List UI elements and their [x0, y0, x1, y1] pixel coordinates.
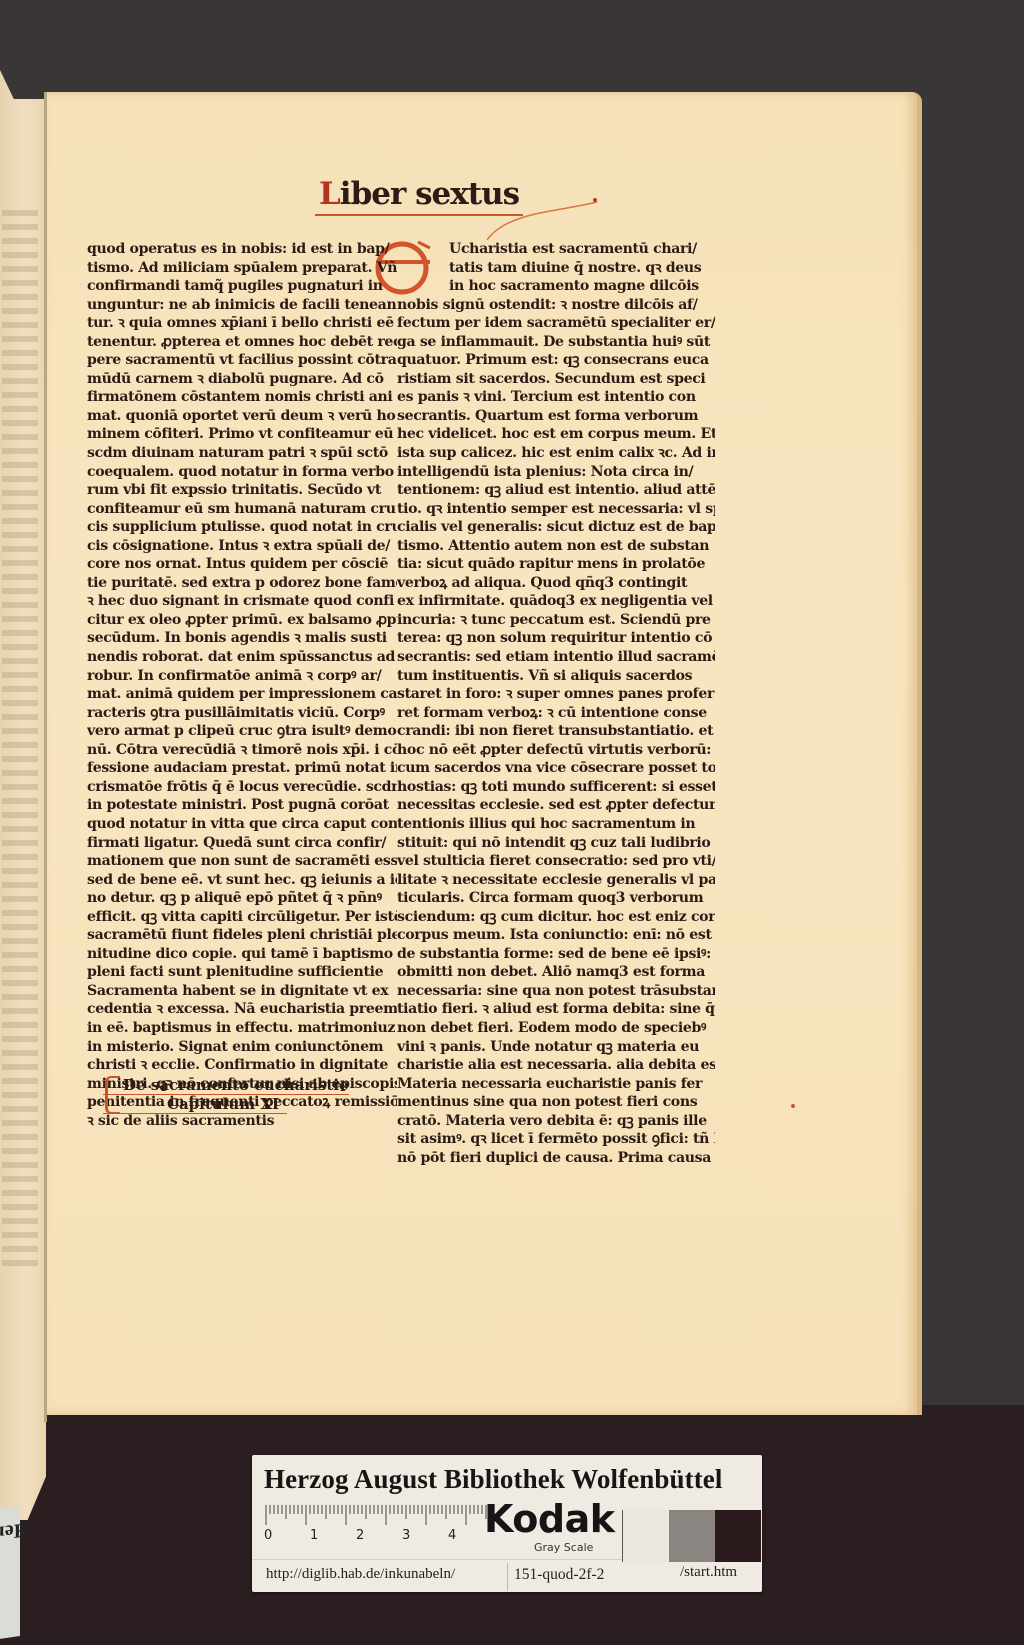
text-line: ꝛ hec duo signant in crismate quod confi [87, 592, 397, 611]
text-line: cedentia ꝛ excessa. Nā eucharistia preem… [87, 1000, 397, 1019]
text-line: ꝛ sic de aliis sacramentis [87, 1112, 397, 1131]
text-line: quatuor. Primum est: qꝫ consecrans euca [397, 351, 715, 370]
gray-swatch [715, 1510, 761, 1562]
shelfmark: 151-quod-2f-2 [514, 1566, 604, 1584]
text-line: Materia necessaria eucharistie panis fer [397, 1075, 715, 1094]
text-line: secrantis. Quartum est forma verborum [397, 407, 715, 426]
text-line: ticularis. Circa formam quoq3 verborum [397, 889, 715, 908]
text-line: mat. quoniā oportet verū deum ꝛ verū ho [87, 407, 397, 426]
text-line: crandi: ibi non fieret transubstantiatio… [397, 722, 715, 741]
text-line: nō pōt fieri duplici de causa. Prima cau… [397, 1149, 715, 1168]
text-line: Sacramenta habent se in dignitate vt ex [87, 982, 397, 1001]
text-line: nendis roborat. dat enim spūssanctus ad [87, 648, 397, 667]
svg-text:1: 1 [310, 1528, 318, 1543]
text-line: terea: qꝫ non solum requiritur intentio … [397, 629, 715, 648]
text-line: fectum per idem sacramētū specialiter er… [397, 314, 715, 333]
text-line: cum sacerdos vna vice cōsecrare posset t… [397, 759, 715, 778]
text-line: intelligendū ista plenius: Nota circa in… [397, 463, 715, 482]
text-line: ex infirmitate. quādoq3 ex negligentia v… [397, 592, 715, 611]
text-line: quod notatur in vitta que circa caput co… [87, 815, 397, 834]
text-line: ista sup calicez. hic est enim calix ꝛc.… [397, 444, 715, 463]
text-line: tenentur. ꝓpterea et omnes hoc debēt rec… [87, 333, 397, 352]
gray-scale-swatches [622, 1510, 761, 1562]
red-flourish-decoration [467, 192, 627, 242]
text-line: necessitas ecclesie. sed est ꝓpter defec… [397, 796, 715, 815]
text-line: nū. Cōtra verecūdiā ꝛ timorē nois xp̄i. … [87, 741, 397, 760]
institution-name: Herzog August Bibliothek Wolfenbüttel [264, 1464, 723, 1495]
text-line: in misterio. Signat enim coniunctōnem [87, 1038, 397, 1057]
text-line: vel stulticia fieret consecratio: sed pr… [397, 852, 715, 871]
text-line: fessione audaciam prestat. primū notat i… [87, 759, 397, 778]
text-line: rum vbi fit expssio trinitatis. Secūdo v… [87, 481, 397, 500]
text-line: non debet fieri. Eodem modo de speciebꝰ [397, 1019, 715, 1038]
gray-swatch [669, 1510, 715, 1562]
text-line: tismo. Ad miliciam spūalem preparat. Vñ [87, 259, 397, 278]
text-line: firmatōnem cōstantem nomis christi ani [87, 388, 397, 407]
chapter-heading: De sacramento eucharistie Capitulum XI [103, 1076, 349, 1114]
text-line: pere sacramentū vt facilius possint cōtr… [87, 351, 397, 370]
text-line: mentinus sine qua non potest fieri cons [397, 1093, 715, 1112]
text-line: vini ꝛ panis. Unde notatur qꝫ materia eu [397, 1038, 715, 1057]
text-line: secūdum. In bonis agendis ꝛ malis susti [87, 629, 397, 648]
text-line: sciendum: qꝫ cum dicitur. hoc est eniz c… [397, 908, 715, 927]
text-line: sit asimꝰ. qꝛ licet ī fermēto possit ꝯfi… [397, 1130, 715, 1149]
text-line: ga se inflammauit. De substantia huiꝰ sū… [397, 333, 715, 352]
text-line: ristiam sit sacerdos. Secundum est speci [397, 370, 715, 389]
text-line: charistie alia est necessaria. alia debi… [397, 1056, 715, 1075]
text-line: robur. In confirmatōe animā ꝛ corpꝰ ar/ [87, 667, 397, 686]
text-line: in eē. baptismus in effectu. matrimoniuz [87, 1019, 397, 1038]
text-line: cratō. Materia vero debita ē: qꝫ panis i… [397, 1112, 715, 1131]
url-suffix: /start.htm [680, 1564, 737, 1581]
text-line: racteris ꝯtra pusillāimitatis viciū. Cor… [87, 704, 397, 723]
text-line: mūdū carnem ꝛ diabolū pugnare. Ad cō [87, 370, 397, 389]
svg-text:0: 0 [264, 1528, 272, 1543]
text-line: confirmandi tamq̃ pugiles pugnaturi in [87, 277, 397, 296]
brand-subtitle: Gray Scale [534, 1541, 593, 1554]
chapter-number: Capitulum XI [103, 1095, 287, 1114]
text-line: citur ex oleo ꝓpter primū. ex balsamo ꝓp… [87, 611, 397, 630]
text-line: minem cōfiteri. Primo vt confiteamur eū [87, 425, 397, 444]
text-line: cis cōsignatione. Intus ꝛ extra spūali d… [87, 537, 397, 556]
text-line: core nos ornat. Intus quidem per cōsciē [87, 555, 397, 574]
text-column-left: quod operatus es in nobis: id est in bap… [87, 240, 397, 1130]
text-line: corpus meum. Ista coniunctio: enī: nō es… [397, 926, 715, 945]
text-line: quod operatus es in nobis: id est in bap… [87, 240, 397, 259]
running-head-initial: L [319, 176, 340, 212]
text-line: Ucharistia est sacramentū chari/ [397, 240, 715, 259]
text-line: pleni facti sunt plenitudine sufficienti… [87, 963, 397, 982]
chapter-title: De sacramento eucharistie [103, 1076, 349, 1095]
text-line: staret in foro: ꝛ super omnes panes prof… [397, 685, 715, 704]
paragraph-mark-icon [105, 1076, 120, 1114]
text-line: no detur. qꝫ p aliquē epō pñtet q̄ ꝛ pñn… [87, 889, 397, 908]
text-line: hec videlicet. hoc est em corpus meum. E… [397, 425, 715, 444]
text-line: mationem que non sunt de sacramēti esse. [87, 852, 397, 871]
text-line: tatis tam diuine q̄ nostre. qꝛ deus [397, 259, 715, 278]
text-column-right: Ucharistia est sacramentū chari/tatis ta… [397, 240, 715, 1167]
text-line: sed de bene eē. vt sunt hec. qꝫ ieiunis … [87, 871, 397, 890]
text-line: obmitti non debet. Aliō namq3 est forma [397, 963, 715, 982]
text-line: christi ꝛ ecclie. Confirmatio in dignita… [87, 1056, 397, 1075]
text-line: hostias: qꝫ toti mundo sufficerent: si e… [397, 778, 715, 797]
facing-page-text-ghost [2, 210, 38, 1270]
text-line: tia: sicut quādo rapitur mens in prolatō… [397, 555, 715, 574]
text-line: ret formam verboꝝ: ꝛ cū intentione conse [397, 704, 715, 723]
text-line: tiatio fieri. ꝛ aliud est forma debita: … [397, 1000, 715, 1019]
text-line: confiteamur eū sm humanā naturam cru [87, 500, 397, 519]
text-line: vero armat p clipeū cruc ꝯtra isultꝰ dem… [87, 722, 397, 741]
text-line: mat. animā quidem per impressionem ca [87, 685, 397, 704]
text-line: tentionis illius qui hoc sacramentum in [397, 815, 715, 834]
text-line: crismatōe frōtis q̄ ē locus verecūdie. s… [87, 778, 397, 797]
text-line: coequalem. quod notatur in forma verbo [87, 463, 397, 482]
text-line: necessaria: sine qua non potest trāsubst… [397, 982, 715, 1001]
text-line: tismo. Attentio autem non est de substan [397, 537, 715, 556]
text-line: efficit. qꝫ vitta capiti circūligetur. P… [87, 908, 397, 927]
text-line: nobis signū ostendit: ꝛ nostre dilcōis a… [397, 296, 715, 315]
svg-text:2: 2 [356, 1528, 364, 1543]
svg-text:3: 3 [402, 1528, 410, 1543]
text-line: in potestate ministri. Post pugnā corōat [87, 796, 397, 815]
divider [252, 1559, 622, 1560]
text-line: firmati ligatur. Quedā sunt circa confir… [87, 834, 397, 853]
text-line: es panis ꝛ vini. Tercium est intentio co… [397, 388, 715, 407]
text-line: tio. qꝛ intentio semper est necessaria: … [397, 500, 715, 519]
text-line: sacramētū fiunt fideles pleni christiāi … [87, 926, 397, 945]
divider [507, 1563, 508, 1591]
text-line: secrantis: sed etiam intentio illud sacr… [397, 648, 715, 667]
url-prefix: http://diglib.hab.de/inkunabeln/ [266, 1566, 455, 1583]
adjacent-target-card-fragment: Her [0, 1506, 20, 1640]
red-ink-dot [791, 1104, 795, 1108]
ruler-scale: 01234 [264, 1505, 492, 1543]
color-target-card: Herzog August Bibliothek Wolfenbüttel 01… [252, 1455, 762, 1592]
facing-page-edge [0, 70, 46, 1520]
text-line: in hoc sacramento magne dilcōis [397, 277, 715, 296]
text-line: scdm diuinam naturam patri ꝛ spūi sctō [87, 444, 397, 463]
text-line: cialis vel generalis: sicut dictuz est d… [397, 518, 715, 537]
gray-swatch [623, 1510, 669, 1562]
svg-text:4: 4 [448, 1528, 456, 1543]
book-page: Liber sextus quod operatus es in nobis: … [47, 92, 922, 1415]
text-line: nitudine dico copie. qui tamē ī baptismo [87, 945, 397, 964]
text-line: hoc nō eēt ꝓpter defectū virtutis verbor… [397, 741, 715, 760]
text-line: tentionem: qꝫ aliud est intentio. aliud … [397, 481, 715, 500]
text-line: incuria: ꝛ tunc peccatum est. Sciendū pr… [397, 611, 715, 630]
text-line: tur. ꝛ quia omnes xp̄iani ī bello christ… [87, 314, 397, 333]
text-line: stituit: qui nō intendit qꝫ cuz tali lud… [397, 834, 715, 853]
text-line: tie puritatē. sed extra p odorez bone fa… [87, 574, 397, 593]
text-line: unguntur: ne ab inimicis de facili tenea… [87, 296, 397, 315]
brand-logo: Kodak [484, 1497, 615, 1541]
text-line: verboꝝ ad aliqua. Quod qñq3 contingit [397, 574, 715, 593]
text-line: tum instituentis. Vñ si aliquis sacerdos [397, 667, 715, 686]
text-line: de substantia forme: sed de bene eē ipsi… [397, 945, 715, 964]
text-line: litate ꝛ necessitate ecclesie generalis … [397, 871, 715, 890]
text-line: cis supplicium ptulisse. quod notat in c… [87, 518, 397, 537]
